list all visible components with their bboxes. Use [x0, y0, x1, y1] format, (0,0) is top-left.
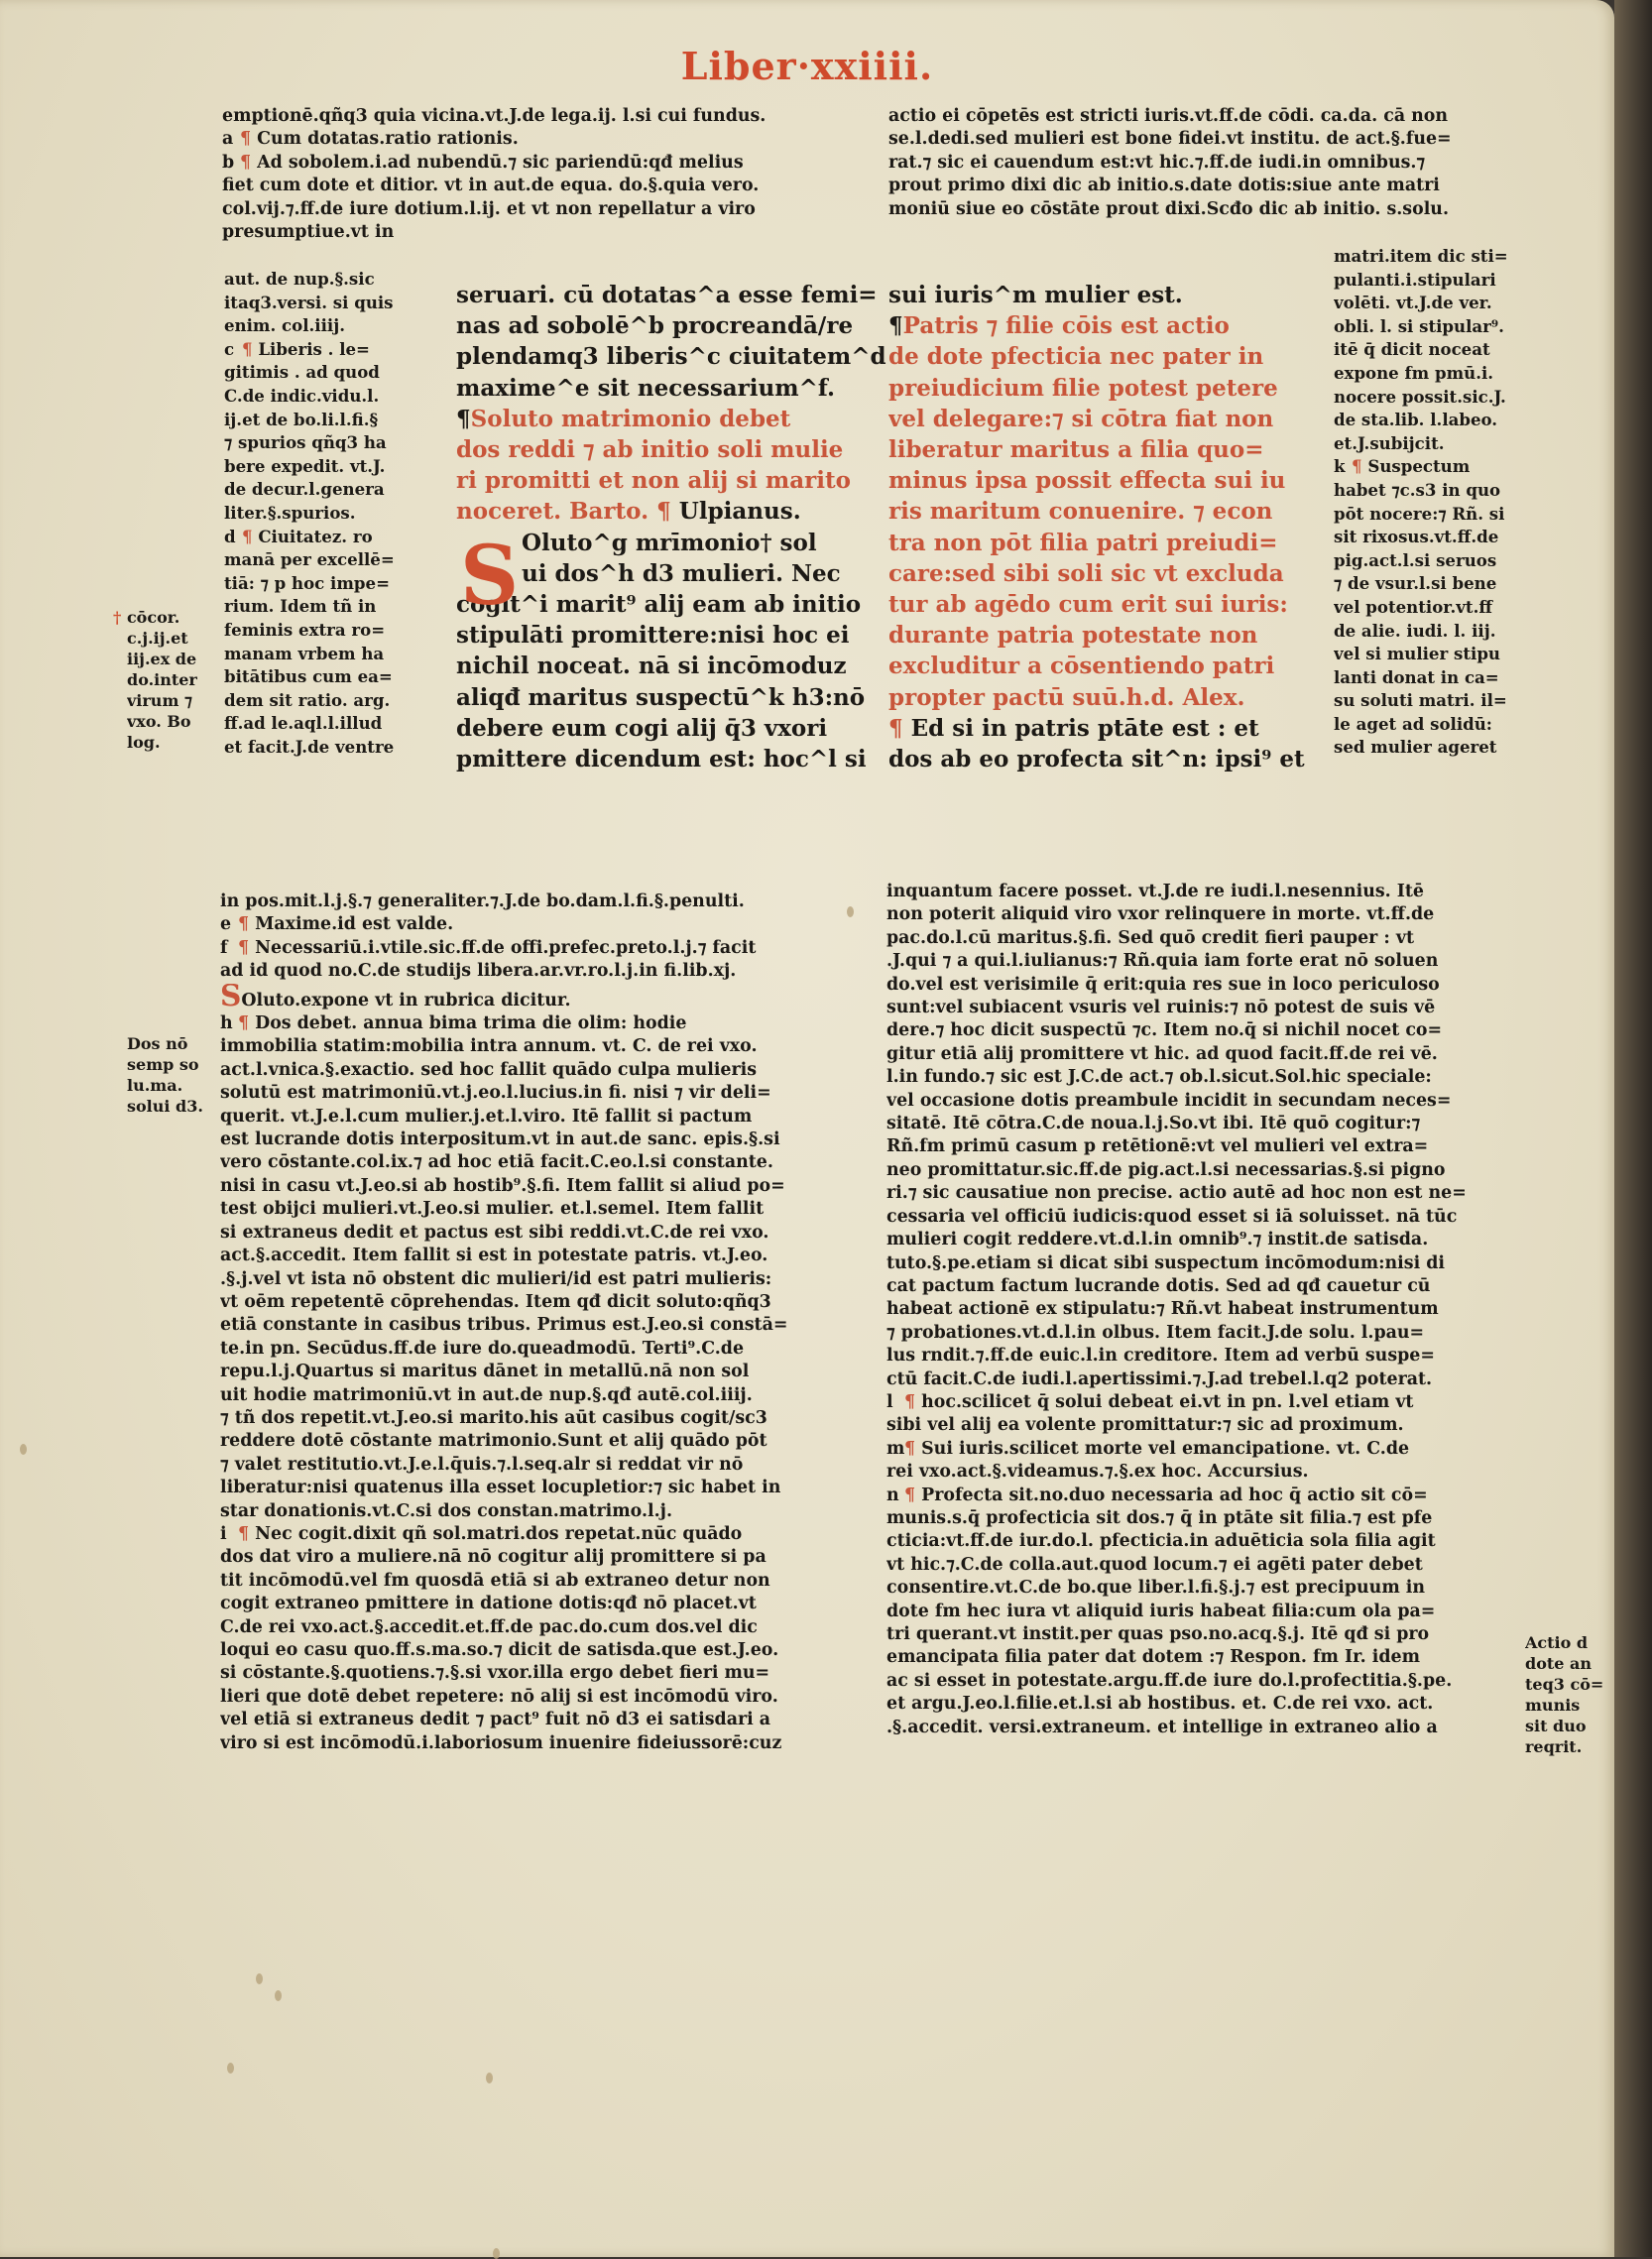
gloss-line: immobilia statim:mobilia intra annum. vt…	[220, 1035, 875, 1058]
book-edge	[1614, 0, 1652, 2257]
paragraph-mark-icon: ¶	[242, 339, 258, 359]
paragraph-mark-icon: ¶	[656, 498, 679, 525]
gloss-line: expone fm pmū.i.	[1334, 362, 1562, 386]
gloss-line: ctū facit.C.de iudi.l.apertissimi.⁊.J.ad…	[886, 1368, 1531, 1391]
text-line: debere eum cogi alij q̄3 vxori	[456, 713, 907, 744]
rubric-text: Patris ⁊ filie cōis est actio	[903, 312, 1230, 339]
gloss-line: d¶ Ciuitatez. ro	[224, 526, 432, 549]
gloss-line: matri.item dic sti=	[1334, 245, 1562, 269]
gloss-line: vt oēm repetentē cōprehendas. Item qđ di…	[220, 1291, 875, 1314]
gloss-line: k¶ Suspectum	[1334, 455, 1562, 479]
paragraph-mark-icon: ¶	[1352, 456, 1367, 476]
text-line: cogit^i marit⁹ alij eam ab initio	[456, 589, 907, 620]
paragraph-mark-icon: ¶	[888, 312, 903, 339]
gloss-text: hoc.scilicet q̄ solui debeat ei.vt in pn…	[921, 1392, 1413, 1412]
rubric-text: preiudicium filie potest petere	[888, 375, 1278, 402]
gloss-line: sunt:vel subiacent vsuris vel ruinis:⁊ n…	[886, 997, 1531, 1019]
gloss-text: Nec cogit.dixit qñ sol.matri.dos repetat…	[255, 1524, 742, 1544]
gloss-line: do.vel est verisimile q̄ erit:quia res s…	[886, 974, 1531, 997]
side-note-left-upper: † cōcor.c.j.ij.etiij.ex dedo.intervirum …	[127, 607, 226, 753]
gloss-top-right: actio ei cōpetēs est stricti iuris.vt.ff…	[888, 105, 1624, 221]
gloss-line: de decur.l.genera	[224, 478, 432, 502]
gloss-line: ac si esset in potestate.argu.ff.de iure…	[886, 1670, 1531, 1693]
author-attribution: Ulpianus.	[679, 498, 801, 525]
rubric-line: tur ab agēdo cum erit sui iuris:	[888, 589, 1325, 620]
gloss-line: inquantum facere posset. vt.J.de re iudi…	[886, 881, 1531, 903]
paragraph-mark-icon: ¶	[904, 1439, 921, 1459]
gloss-line: lus rndit.⁊.ff.de euic.l.in creditore. I…	[886, 1345, 1531, 1367]
gloss-reference-letter: h	[220, 1012, 238, 1035]
gloss-text: Maxime.id est valde.	[255, 914, 453, 934]
gloss-line: et argu.J.eo.l.filie.et.l.si ab hostibus…	[886, 1693, 1531, 1716]
side-note-line: iij.ex de	[127, 649, 226, 669]
gloss-line: gitur etiā alij promittere vt hic. ad qu…	[886, 1043, 1531, 1066]
paragraph-mark-icon: ¶	[238, 938, 255, 958]
gloss-line: non poterit aliquid viro vxor relinquere…	[886, 903, 1531, 926]
gloss-text: Ciuitatez. ro	[258, 527, 372, 546]
rubric-text: vel delegare:⁊ si cōtra fiat non	[888, 406, 1273, 432]
gloss-line: i¶ Nec cogit.dixit qñ sol.matri.dos repe…	[220, 1523, 875, 1546]
gloss-line: sitatē. Itē cōtra.C.de noua.l.j.So.vt ib…	[886, 1113, 1531, 1135]
text-line: pmittere dicendum est: hoc^l si	[456, 744, 907, 774]
gloss-line: loqui eo casu quo.ff.s.ma.so.⁊ dicit de …	[220, 1639, 875, 1662]
gloss-reference-letter: e	[220, 913, 238, 936]
gloss-line: uit hodie matrimoniū.vt in aut.de nup.§.…	[220, 1384, 875, 1407]
side-note-line: vxo. Bo	[127, 711, 226, 732]
gloss-line: le aget ad solidū:	[1334, 713, 1562, 737]
rubric-line: noceret. Barto. ¶ Ulpianus.	[456, 496, 907, 527]
gloss-line: dem sit ratio. arg.	[224, 689, 432, 713]
gloss-line: vel potentior.vt.ff	[1334, 596, 1562, 620]
gloss-line: ff.ad le.aql.l.illud	[224, 712, 432, 736]
rubric-line: liberatur maritus a filia quo=	[888, 434, 1325, 465]
side-note-line: † cōcor.	[113, 607, 226, 628]
gloss-line: f¶ Necessariū.i.vtile.sic.ff.de offi.pre…	[220, 937, 875, 960]
gloss-line: tuto.§.pe.etiam si dicat sibi suspectum …	[886, 1252, 1531, 1275]
gloss-line: nocere possit.sic.J.	[1334, 386, 1562, 410]
gloss-line: moniū siue eo cōstāte prout dixi.Scđo di…	[888, 198, 1624, 221]
text-line: aliqđ maritus suspectū^k h3:nō	[456, 682, 907, 713]
gloss-text: Sui iuris.scilicet morte vel emancipatio…	[921, 1439, 1409, 1459]
rubric-line: care:sed sibi soli sic vt excluda	[888, 558, 1325, 589]
gloss-line: vel occasione dotis preambule incidit in…	[886, 1090, 1531, 1113]
gloss-line: nisi in casu vt.J.eo.si ab hostib⁹.§.fi.…	[220, 1175, 875, 1198]
gloss-line: prout primo dixi dic ab initio.s.date do…	[888, 175, 1624, 197]
body-text: Ed si in patris ptāte est : et	[911, 715, 1259, 742]
gloss-text: Ad sobolem.i.ad nubendū.⁊ sic pariendū:q…	[257, 153, 744, 173]
gloss-line: ri.⁊ sic causatiue non precise. actio au…	[886, 1182, 1531, 1205]
gloss-text: Dos debet. annua bima trima die olim: ho…	[255, 1013, 686, 1033]
side-note-text: log.	[127, 733, 161, 752]
rubric-text: propter pactū suū.h.d. Alex.	[888, 684, 1245, 711]
running-head: Liber·xxiiii.	[0, 44, 1614, 88]
main-text-right-column: sui iuris^m mulier est. ¶Patris ⁊ filie …	[888, 280, 1325, 774]
gloss-line: b¶ Ad sobolem.i.ad nubendū.⁊ sic pariend…	[222, 152, 865, 175]
gloss-line: dere.⁊ hoc dicit suspectū ⁊c. Item no.q̄…	[886, 1019, 1531, 1042]
rubric-line: ¶Patris ⁊ filie cōis est actio	[888, 310, 1325, 341]
gloss-text: Profecta sit.no.duo necessaria ad hoc q̄…	[921, 1486, 1428, 1505]
gloss-line: col.vij.⁊.ff.de iure dotium.l.ij. et vt …	[222, 198, 865, 221]
gloss-line: l¶ hoc.scilicet q̄ solui debeat ei.vt in…	[886, 1391, 1531, 1414]
gloss-line: ij.et de bo.li.l.fi.§	[224, 409, 432, 432]
gloss-line: vero cōstante.col.ix.⁊ ad hoc etiā facit…	[220, 1151, 875, 1174]
side-note-line: teq3 cō=	[1525, 1674, 1614, 1695]
gloss-line: n¶ Profecta sit.no.duo necessaria ad hoc…	[886, 1485, 1531, 1507]
rubric-text: tra non pōt filia patri preiudi=	[888, 530, 1277, 556]
gloss-reference-letter: f	[220, 937, 238, 960]
paragraph-mark-icon: ¶	[888, 715, 911, 742]
rubric-text: ris maritum conuenire. ⁊ econ	[888, 498, 1272, 525]
paragraph-mark-icon: ¶	[240, 153, 257, 173]
gloss-line: reddere dotē cōstante matrimonio.Sunt et…	[220, 1430, 875, 1453]
gloss-line: repu.l.j.Quartus si maritus dānet in met…	[220, 1361, 875, 1383]
side-note-line: solui d3.	[127, 1096, 226, 1117]
side-note-text: iij.ex de	[127, 650, 196, 668]
gloss-line: pac.do.l.cū maritus.§.fi. Sed quō credit…	[886, 927, 1531, 950]
side-note-line: virum ⁊	[127, 690, 226, 711]
side-note-right-lower: Actio ddote anteq3 cō=munissit duoreqrit…	[1525, 1632, 1614, 1757]
gloss-line: tiā: ⁊ p hoc impe=	[224, 572, 432, 596]
gloss-line: e¶ Maxime.id est valde.	[220, 913, 875, 936]
gloss-line: test obijci mulieri.vt.J.eo.si mulier. e…	[220, 1198, 875, 1221]
gloss-line: neo promittatur.sic.ff.de pig.act.l.si n…	[886, 1159, 1531, 1182]
gloss-line: itaq3.versi. si quis	[224, 292, 432, 315]
gloss-line: itē q̄ dicit noceat	[1334, 338, 1562, 362]
gloss-line: bitātibus cum ea=	[224, 665, 432, 689]
paper-stain	[256, 1973, 263, 1984]
text-line: nas ad sobolē^b procreandā/re	[456, 310, 907, 341]
text-left-body: S Oluto^g mrīmonio† solui dos^h d3 mulie…	[456, 528, 907, 775]
manuscript-page: Liber·xxiiii. emptionē.qñq3 quia vicina.…	[0, 0, 1614, 2257]
gloss-line: rat.⁊ sic ei cauendum est:vt hic.⁊.ff.de…	[888, 152, 1624, 175]
paper-stain	[275, 1990, 282, 2001]
rubric-line: ¶Soluto matrimonio debet	[456, 404, 907, 434]
text-line: ¶ Ed si in patris ptāte est : et	[888, 713, 1325, 744]
gloss-line: in pos.mit.l.j.§.⁊ generaliter.⁊.J.de bo…	[220, 891, 875, 913]
rubric-line: durante patria potestate non	[888, 620, 1325, 651]
gloss-line: fiet cum dote et ditior. vt in aut.de eq…	[222, 175, 865, 197]
gloss-reference-letter: d	[224, 526, 242, 549]
rubric-line: excluditur a cōsentiendo patri	[888, 651, 1325, 681]
side-note-text: virum ⁊	[127, 691, 192, 710]
rubric-text: ri promitti et non alij si marito	[456, 467, 851, 494]
gloss-text: Oluto.expone vt in rubrica dicitur.	[241, 991, 570, 1011]
gloss-line: act.l.vnica.§.exactio. sed hoc fallit qu…	[220, 1059, 875, 1082]
gloss-line: si extraneus dedit et pactus est sibi re…	[220, 1222, 875, 1245]
gloss-line: dote fm hec iura vt aliquid iuris habeat…	[886, 1601, 1531, 1623]
paragraph-mark-icon: ¶	[238, 914, 255, 934]
text-line: stipulāti promittere:nisi hoc ei	[456, 620, 907, 651]
gloss-line: ad id quod no.C.de studijs libera.ar.vr.…	[220, 960, 875, 983]
paragraph-mark-icon: ¶	[904, 1392, 921, 1412]
side-note-text: vxo. Bo	[127, 712, 191, 731]
gloss-line: presumptiue.vt in	[222, 221, 865, 244]
gloss-line: et facit.J.de ventre	[224, 736, 432, 760]
gloss-reference-letter: l	[886, 1391, 904, 1414]
gloss-line: feminis extra ro=	[224, 619, 432, 643]
gloss-line: etiā constante in casibus tribus. Primus…	[220, 1314, 875, 1337]
rubric-text: Soluto matrimonio debet	[471, 406, 791, 432]
rubric-line: preiudicium filie potest petere	[888, 373, 1325, 404]
gloss-line: de alie. iudi. l. iij.	[1334, 620, 1562, 644]
gloss-left-narrow: aut. de nup.§.sicitaq3.versi. si quiseni…	[224, 268, 432, 759]
gloss-line: tit incōmodū.vel fm quosdā etiā si ab ex…	[220, 1570, 875, 1593]
gloss-line: SOluto.expone vt in rubrica dicitur.	[220, 984, 875, 1012]
gloss-line: volēti. vt.J.de ver.	[1334, 292, 1562, 315]
gloss-line: et.J.subijcit.	[1334, 432, 1562, 456]
rubric-line: vel delegare:⁊ si cōtra fiat non	[888, 404, 1325, 434]
gloss-reference-letter: a	[222, 128, 240, 151]
gloss-line: pig.act.l.si seruos	[1334, 549, 1562, 573]
gloss-line: consentire.vt.C.de bo.que liber.l.fi.§.j…	[886, 1577, 1531, 1600]
text-line: seruari. cū dotatas^a esse femi=	[456, 280, 907, 310]
gloss-line: l.in fundo.⁊ sic est J.C.de act.⁊ ob.l.s…	[886, 1066, 1531, 1089]
dagger-reference-icon: †	[113, 608, 127, 627]
paper-stain	[493, 2248, 500, 2257]
gloss-reference-letter: m	[886, 1438, 904, 1461]
gloss-line: obli. l. si stipular⁹.	[1334, 315, 1562, 339]
gloss-line: vel si mulier stipu	[1334, 643, 1562, 666]
gloss-line: lieri que dotē debet repetere: nō alij s…	[220, 1686, 875, 1709]
gloss-line: pōt nocere:⁊ Rñ. si	[1334, 503, 1562, 527]
paper-stain	[847, 906, 854, 917]
gloss-line: te.in pn. Secūdus.ff.de iure do.queadmod…	[220, 1338, 875, 1361]
gloss-text: Suspectum	[1367, 456, 1470, 476]
text-line: sui iuris^m mulier est.	[888, 280, 1325, 310]
rubric-line: ris maritum conuenire. ⁊ econ	[888, 496, 1325, 527]
gloss-line: sit rixosus.vt.ff.de	[1334, 526, 1562, 549]
gloss-line: manam vrbem ha	[224, 643, 432, 666]
side-note-line: dote an	[1525, 1653, 1614, 1674]
gloss-top-left: emptionē.qñq3 quia vicina.vt.J.de lega.i…	[222, 105, 865, 244]
gloss-line: a¶ Cum dotatas.ratio rationis.	[222, 128, 865, 151]
text-right-rubric: ¶Patris ⁊ filie cōis est actiode dote pf…	[888, 310, 1325, 713]
gloss-line: star donationis.vt.C.si dos constan.matr…	[220, 1500, 875, 1523]
gloss-bottom-left: in pos.mit.l.j.§.⁊ generaliter.⁊.J.de bo…	[220, 891, 875, 1755]
side-note-line: reqrit.	[1525, 1736, 1614, 1757]
text-line: maxime^e sit necessarium^f.	[456, 373, 907, 404]
rubric-line: tra non pōt filia patri preiudi=	[888, 528, 1325, 558]
gloss-line: cticia:vt.ff.de iur.do.l. pfecticia.in a…	[886, 1530, 1531, 1553]
text-line: plendamq3 liberis^c ciuitatem^d	[456, 341, 907, 372]
main-text-left-column: seruari. cū dotatas^a esse femi=nas ad s…	[456, 280, 907, 774]
gloss-line: liter.§.spurios.	[224, 502, 432, 526]
text-right-intro: sui iuris^m mulier est.	[888, 280, 1325, 310]
paragraph-mark-icon: ¶	[238, 1013, 255, 1033]
gloss-line: si cōstante.§.quotiens.⁊.§.si vxor.illa …	[220, 1662, 875, 1685]
side-note-line: log.	[127, 732, 226, 753]
decorated-initial-s: S	[460, 535, 519, 617]
gloss-line: actio ei cōpetēs est stricti iuris.vt.ff…	[888, 105, 1624, 128]
gloss-line: querit. vt.J.e.l.cum mulier.j.et.l.viro.…	[220, 1106, 875, 1129]
gloss-line: emptionē.qñq3 quia vicina.vt.J.de lega.i…	[222, 105, 865, 128]
paper-stain	[20, 1444, 27, 1455]
gloss-line: ⁊ probationes.vt.d.l.in olbus. Item faci…	[886, 1322, 1531, 1345]
side-note-line: Dos nō	[127, 1033, 226, 1054]
side-note-line: munis	[1525, 1695, 1614, 1716]
gloss-reference-letter: c	[224, 338, 242, 362]
gloss-line: ⁊ spurios qñq3 ha	[224, 431, 432, 455]
paper-stain	[227, 2063, 234, 2074]
rubric-line: propter pactū suū.h.d. Alex.	[888, 682, 1325, 713]
gloss-line: c¶ Liberis . le=	[224, 338, 432, 362]
side-note-line: do.inter	[127, 669, 226, 690]
gloss-line: pulanti.i.stipulari	[1334, 269, 1562, 293]
gloss-reference-letter: b	[222, 152, 240, 175]
gloss-line: est lucrande dotis interpositum.vt in au…	[220, 1129, 875, 1151]
decorated-initial: S	[220, 984, 241, 1012]
rubric-text: tur ab agēdo cum erit sui iuris:	[888, 591, 1288, 618]
paragraph-mark-icon: ¶	[456, 406, 471, 432]
gloss-line: de sta.lib. l.labeo.	[1334, 409, 1562, 432]
side-note-line: lu.ma.	[127, 1075, 226, 1096]
text-line: Oluto^g mrīmonio† sol	[456, 528, 907, 558]
gloss-line: h¶ Dos debet. annua bima trima die olim:…	[220, 1012, 875, 1035]
gloss-line: sibi vel alij ea volente promittatur:⁊ s…	[886, 1414, 1531, 1437]
text-left-intro: seruari. cū dotatas^a esse femi=nas ad s…	[456, 280, 907, 404]
paper-stain	[486, 2073, 493, 2083]
paragraph-mark-icon: ¶	[238, 1524, 255, 1544]
gloss-line: .§.accedit. versi.extraneum. et intellig…	[886, 1717, 1531, 1739]
gloss-line: gitimis . ad quod	[224, 361, 432, 385]
side-note-left-lower: Dos nōsemp solu.ma.solui d3.	[127, 1033, 226, 1117]
gloss-text: Liberis . le=	[258, 339, 370, 359]
rubric-text: dos reddi ⁊ ab initio soli mulie	[456, 436, 843, 463]
gloss-line: ⁊ valet restitutio.vt.J.e.l.q̄uis.⁊.l.se…	[220, 1454, 875, 1477]
gloss-line: munis.s.q̄ profecticia sit dos.⁊ q̄ in p…	[886, 1507, 1531, 1530]
gloss-line: lanti donat in ca=	[1334, 666, 1562, 690]
gloss-line: rei vxo.act.§.videamus.⁊.§.ex hoc. Accur…	[886, 1461, 1531, 1484]
gloss-text: Cum dotatas.ratio rationis.	[257, 129, 519, 149]
gloss-reference-letter: k	[1334, 455, 1352, 479]
rubric-text: excluditur a cōsentiendo patri	[888, 653, 1274, 679]
gloss-line: mulieri cogit reddere.vt.d.l.in omnib⁹.⁊…	[886, 1229, 1531, 1251]
side-note-line: sit duo	[1525, 1716, 1614, 1736]
text-line: ui dos^h d3 mulieri. Nec	[456, 558, 907, 589]
rubric-text: minus ipsa possit effecta sui iu	[888, 467, 1285, 494]
gloss-line: C.de rei vxo.act.§.accedit.et.ff.de pac.…	[220, 1616, 875, 1639]
text-line: nichil noceat. nā si incōmoduz	[456, 651, 907, 681]
gloss-bottom-right: inquantum facere posset. vt.J.de re iudi…	[886, 881, 1531, 1739]
body-text: dos ab eo profecta sit^n: ipsi⁹ et	[888, 746, 1305, 773]
gloss-reference-letter: i	[220, 1523, 238, 1546]
gloss-line: cessaria vel officiū iudicis:quod esset …	[886, 1206, 1531, 1229]
side-note-text: do.inter	[127, 670, 197, 689]
gloss-line: habeat actionē ex stipulatu:⁊ Rñ.vt habe…	[886, 1298, 1531, 1321]
gloss-line: su soluti matri. il=	[1334, 689, 1562, 713]
gloss-line: .§.j.vel vt ista nō obstent dic mulieri/…	[220, 1268, 875, 1291]
gloss-reference-letter: n	[886, 1485, 904, 1507]
gloss-text: Necessariū.i.vtile.sic.ff.de offi.prefec…	[255, 938, 756, 958]
side-note-text: cōcor.	[127, 608, 179, 627]
gloss-line: sed mulier ageret	[1334, 736, 1562, 760]
gloss-line: ⁊ de vsur.l.si bene	[1334, 572, 1562, 596]
side-note-line: c.j.ij.et	[127, 628, 226, 649]
gloss-line: viro si est incōmodū.i.laboriosum inueni…	[220, 1732, 875, 1755]
gloss-line: bere expedit. vt.J.	[224, 455, 432, 479]
gloss-line: solutū est matrimoniū.vt.j.eo.l.lucius.i…	[220, 1082, 875, 1105]
side-note-line: Actio d	[1525, 1632, 1614, 1653]
gloss-right-narrow: matri.item dic sti=pulanti.i.stipularivo…	[1334, 245, 1562, 760]
gloss-line: se.l.dedi.sed mulieri est bone fidei.vt …	[888, 128, 1624, 151]
side-note-line: semp so	[127, 1054, 226, 1075]
gloss-line: vt hic.⁊.C.de colla.aut.quod locum.⁊ ei …	[886, 1554, 1531, 1577]
rubric-line: ri promitti et non alij si marito	[456, 465, 907, 496]
gloss-line: dos dat viro a muliere.nā nō cogitur ali…	[220, 1546, 875, 1569]
gloss-line: emancipata filia pater dat dotem :⁊ Resp…	[886, 1646, 1531, 1669]
gloss-line: aut. de nup.§.sic	[224, 268, 432, 292]
gloss-line: m¶ Sui iuris.scilicet morte vel emancipa…	[886, 1438, 1531, 1461]
rubric-text: de dote pfecticia nec pater in	[888, 343, 1263, 370]
gloss-line: cat pactum factum lucrande dotis. Sed ad…	[886, 1275, 1531, 1298]
rubric-line: de dote pfecticia nec pater in	[888, 341, 1325, 372]
gloss-line: act.§.accedit. Item fallit si est in pot…	[220, 1245, 875, 1267]
paragraph-mark-icon: ¶	[904, 1486, 921, 1505]
text-line: dos ab eo profecta sit^n: ipsi⁹ et	[888, 744, 1325, 774]
rubric-text: care:sed sibi soli sic vt excluda	[888, 560, 1284, 587]
paragraph-mark-icon: ¶	[240, 129, 257, 149]
gloss-line: liberatur:nisi quatenus illa esset locup…	[220, 1477, 875, 1499]
paragraph-mark-icon: ¶	[242, 527, 258, 546]
gloss-line: Rñ.fm primū casum p retētionē:vt vel mul…	[886, 1135, 1531, 1158]
gloss-line: enim. col.iiij.	[224, 314, 432, 338]
rubric-text: noceret. Barto.	[456, 498, 649, 525]
rubric-text: liberatur maritus a filia quo=	[888, 436, 1264, 463]
gloss-line: .J.qui ⁊ a qui.l.iulianus:⁊ Rñ.quia iam …	[886, 950, 1531, 973]
rubric-line: minus ipsa possit effecta sui iu	[888, 465, 1325, 496]
text-right-body: ¶ Ed si in patris ptāte est : etdos ab e…	[888, 713, 1325, 774]
rubric-line: dos reddi ⁊ ab initio soli mulie	[456, 434, 907, 465]
gloss-line: habet ⁊c.s3 in quo	[1334, 479, 1562, 503]
text-left-rubric: ¶Soluto matrimonio debetdos reddi ⁊ ab i…	[456, 404, 907, 528]
side-note-text: c.j.ij.et	[127, 629, 188, 648]
gloss-line: manā per excellē=	[224, 548, 432, 572]
gloss-line: cogit extraneo pmittere in datione dotis…	[220, 1593, 875, 1615]
gloss-line: ⁊ tñ dos repetit.vt.J.eo.si marito.his a…	[220, 1407, 875, 1430]
gloss-line: vel etiā si extraneus dedit ⁊ pact⁹ fuit…	[220, 1709, 875, 1731]
gloss-line: rium. Idem tñ in	[224, 595, 432, 619]
gloss-line: tri querant.vt instit.per quas pso.no.ac…	[886, 1623, 1531, 1646]
rubric-text: durante patria potestate non	[888, 622, 1257, 649]
gloss-line: C.de indic.vidu.l.	[224, 385, 432, 409]
